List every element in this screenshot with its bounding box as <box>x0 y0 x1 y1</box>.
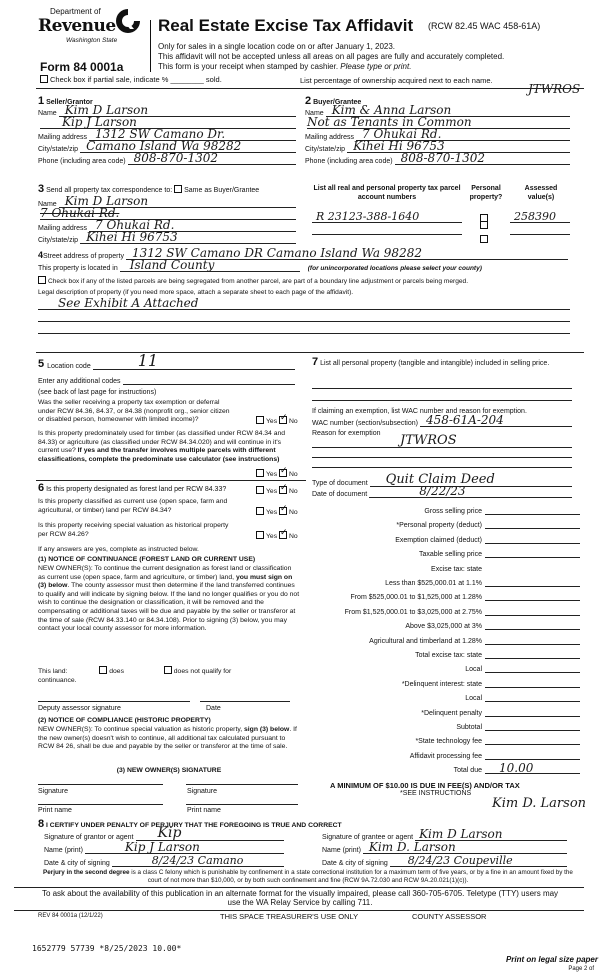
notice-continuance-title: (1) NOTICE OF CONTINUANCE (FOREST LAND O… <box>38 556 255 565</box>
revenue-wordmark: Revenue <box>38 16 116 36</box>
tax-row-value-field[interactable] <box>485 678 580 688</box>
tax-row-value: 10.00 <box>499 761 533 775</box>
q-forest: 6 Is this property designated as forest … <box>38 482 226 494</box>
additional-codes-label: Enter any additional codes <box>38 378 121 385</box>
tax-row-label: *Delinquent interest: state <box>310 681 485 688</box>
reason-value: JTWROS <box>400 433 457 448</box>
located-field[interactable]: Island County <box>120 262 300 272</box>
reason-line-3[interactable] <box>312 458 572 468</box>
doc-date-value: 8/22/23 <box>419 484 465 498</box>
owner-sig-line-2[interactable] <box>186 777 298 785</box>
tax-row: *State technology fee <box>310 733 580 745</box>
doc-date-field[interactable]: 8/22/23 <box>369 488 572 498</box>
tax-row-value-field[interactable] <box>485 606 580 616</box>
notice-3: This form is your receipt when stamped b… <box>158 62 411 71</box>
personal-line-2[interactable] <box>312 393 572 401</box>
grantor-date-label: Date & city of signing <box>44 860 110 867</box>
grantor-name-value: Kip J Larson <box>125 840 200 854</box>
seller-phone-row: Phone (including area code) 808-870-1302 <box>38 155 296 165</box>
assessed-value-field[interactable]: 258390 <box>510 212 570 223</box>
q-historic-answer: Yes No <box>256 531 298 540</box>
partial-sale-label: Check box if partial sale, indicate % __… <box>50 75 222 84</box>
page-number: Page 2 of <box>568 966 594 972</box>
tax-row-value-field[interactable] <box>485 534 580 544</box>
q-current-use-answer: Yes No <box>256 507 298 516</box>
correspondence-city-label: City/state/zip <box>38 237 78 244</box>
tax-row-value-field[interactable] <box>485 663 580 673</box>
q-historic-no-checkbox[interactable] <box>279 531 287 539</box>
new-owner-sig-title: (3) NEW OWNER(S) SIGNATURE <box>38 767 300 776</box>
tax-row: From $1,525,000.01 to $3,025,000 at 2.75… <box>310 604 580 616</box>
yes-label: Yes <box>266 418 277 425</box>
grantee-name-value: Kim D. Larson <box>369 840 456 854</box>
partial-sale-row: Check box if partial sale, indicate % __… <box>40 75 222 84</box>
notice-2: This affidavit will not be accepted unle… <box>158 52 504 61</box>
does-label: does <box>109 668 124 675</box>
grantor-date-field[interactable]: 8/24/23 Camano <box>112 857 284 867</box>
additional-codes-hint: (see back of last page for instructions) <box>38 389 156 396</box>
legal-line-2[interactable] <box>38 310 570 322</box>
segregated-label: Check box if any of the listed parcels a… <box>48 278 468 285</box>
located-row: This property is located in Island Count… <box>38 262 568 272</box>
deputy-date-label: Date <box>206 705 221 712</box>
tax-row-value-field[interactable] <box>485 692 580 702</box>
q-current-use-no-checkbox[interactable] <box>279 507 287 515</box>
tax-row-label: *State technology fee <box>310 738 485 745</box>
wac-row: WAC number (section/subsection) 458-61A-… <box>312 417 572 427</box>
same-as-buyer-label: Same as Buyer/Grantee <box>184 187 259 194</box>
parcel-number-field[interactable]: R 23123-388-1640 <box>312 212 462 223</box>
q-current-use-yes-checkbox[interactable] <box>256 507 264 515</box>
grantee-sig-value: Kim D Larson <box>419 827 502 841</box>
no-label: No <box>289 488 298 495</box>
grantee-date-value: 8/24/23 Coupeville <box>408 854 513 867</box>
tax-row: Above $3,025,000 at 3% <box>310 618 580 630</box>
tax-row-value-field[interactable] <box>485 591 580 601</box>
n2-text-b: sign (3) below <box>244 726 289 733</box>
additional-codes-row: Enter any additional codes <box>38 375 295 385</box>
certify-text: I CERTIFY UNDER PENALTY OF PERJURY THAT … <box>46 822 342 829</box>
seller-mailing-label: Mailing address <box>38 134 87 141</box>
street-label: Street address of property <box>43 253 124 260</box>
continuance-label: continuance. <box>38 677 77 684</box>
no-label: No <box>289 418 298 425</box>
tax-row-label: Excise tax: state <box>310 566 485 573</box>
header-rule <box>36 88 584 89</box>
tax-row-value-field[interactable] <box>485 707 580 717</box>
see-instructions-note: *SEE INSTRUCTIONS <box>400 790 471 797</box>
doc-type-field[interactable]: Quit Claim Deed <box>370 477 572 487</box>
cashier-stamp: 1652779 57739 *8/25/2023 10.00* <box>32 944 181 953</box>
notice-1: Only for sales in a single location code… <box>158 42 395 51</box>
seller-name-label: Name <box>38 110 57 117</box>
revenue-logo-icon <box>115 8 141 34</box>
notice-3-text: This form is your receipt when stamped b… <box>158 62 340 71</box>
owner-sig-label-1: Signature <box>38 788 68 795</box>
segregated-row: Check box if any of the listed parcels a… <box>38 276 468 285</box>
tax-row-value-field[interactable] <box>485 750 580 760</box>
tax-row: Total excise tax: state <box>310 647 580 659</box>
tax-row: Total due10.00 <box>310 762 580 774</box>
assessed-col-header: Assessed value(s) <box>516 184 566 202</box>
tax-row: Excise tax: state <box>310 561 580 573</box>
legal-line-3[interactable] <box>38 322 570 334</box>
tax-row-label: Exemption claimed (deduct) <box>310 537 485 544</box>
owner-print-label-1: Print name <box>38 807 72 814</box>
form-rcw: (RCW 82.45 WAC 458-61A) <box>428 21 540 31</box>
form-title: Real Estate Excise Tax Affidavit <box>158 16 413 36</box>
tax-row: Gross selling price <box>310 503 580 515</box>
seller-city-label: City/state/zip <box>38 146 78 153</box>
yes-label: Yes <box>266 533 277 540</box>
minimum-due-note: A MINIMUM OF $10.00 IS DUE IN FEE(S) AND… <box>330 781 520 790</box>
located-value: Island County <box>130 258 215 272</box>
location-code-field[interactable]: 11 <box>93 360 295 370</box>
seller-phone-field[interactable]: 808-870-1302 <box>128 155 296 165</box>
grantor-sig-value: Kip <box>158 825 182 841</box>
dept-of-label: Department of <box>50 7 101 16</box>
tax-row: Exemption claimed (deduct) <box>310 532 580 544</box>
tax-row: Affidavit processing fee <box>310 748 580 760</box>
grantor-name-row: Name (print) Kip J Larson <box>44 844 284 854</box>
tax-row: Subtotal <box>310 719 580 731</box>
notice-compliance-text: NEW OWNER(S): To continue special valuat… <box>38 726 303 752</box>
tax-row-label: Local <box>310 666 485 673</box>
tax-row-label: *Delinquent penalty <box>310 710 485 717</box>
grantor-date-row: Date & city of signing 8/24/23 Camano <box>44 857 284 867</box>
tax-row: Less than $525,000.01 at 1.1% <box>310 575 580 587</box>
margin-note: JTWROS <box>528 82 580 96</box>
assessor-label: COUNTY ASSESSOR <box>412 912 486 921</box>
additional-codes-field[interactable] <box>123 375 296 385</box>
section5-num: 5 <box>38 358 44 370</box>
q-exemption: Was the seller receiving a property tax … <box>38 399 236 425</box>
q-timber-yes-checkbox[interactable] <box>256 469 264 477</box>
correspondence-mailing-label: Mailing address <box>38 225 87 232</box>
section-rule <box>36 352 584 353</box>
deputy-date-line[interactable] <box>200 692 290 702</box>
yes-label: Yes <box>266 509 277 516</box>
section7-personal: 7 List all personal property (tangible a… <box>312 358 574 368</box>
wac-field[interactable]: 458-61A-204 <box>420 417 572 427</box>
parcel-number-field[interactable] <box>312 224 462 235</box>
q-timber-no-checkbox[interactable] <box>279 469 287 477</box>
assessed-value: 258390 <box>514 210 556 223</box>
deputy-sig-label: Deputy assessor signature <box>38 705 121 712</box>
correspondence-num: 3 <box>38 183 44 195</box>
n2-text-a: NEW OWNER(S): To continue special valuat… <box>38 726 244 733</box>
tax-row: Taxable selling price <box>310 546 580 558</box>
buyer-phone-label: Phone (including area code) <box>305 158 393 165</box>
tax-row-label: Gross selling price <box>310 508 485 515</box>
q-timber-answer: Yes No <box>256 469 298 478</box>
q-exemption-no-checkbox[interactable] <box>279 416 287 424</box>
personal-property-checkbox[interactable] <box>480 235 488 243</box>
street-row: 4 Street address of property 1312 SW Cam… <box>38 250 568 260</box>
buyer-mailing-label: Mailing address <box>305 134 354 141</box>
notice-continuance-text: NEW OWNER(S): To continue the current de… <box>38 565 300 634</box>
tax-row-label: Total excise tax: state <box>310 652 485 659</box>
tax-row-label: Total due <box>310 767 485 774</box>
located-hint: (for unincorporated locations please sel… <box>308 265 482 272</box>
buyer-phone-field[interactable]: 808-870-1302 <box>395 155 570 165</box>
dor-logo: Department of Revenue Washington State <box>38 6 148 58</box>
tax-row-value-field[interactable] <box>485 519 580 529</box>
tax-row-value-field[interactable] <box>485 505 580 515</box>
grantee-name-label: Name (print) <box>322 847 361 854</box>
location-code-row: 5 Location code 11 <box>38 358 295 370</box>
buyer-num: 2 <box>305 95 311 107</box>
personal-property-checkbox[interactable] <box>480 221 488 229</box>
wac-label: WAC number (section/subsection) <box>312 420 418 427</box>
buyer-phone-row: Phone (including area code) 808-870-1302 <box>305 155 570 165</box>
partial-sale-checkbox[interactable] <box>40 75 48 83</box>
tax-row-label: Taxable selling price <box>310 551 485 558</box>
section8-num: 8 <box>38 818 44 830</box>
tax-row-label: Agricultural and timberland at 1.28% <box>310 638 485 645</box>
tax-row-value-field[interactable] <box>485 649 580 659</box>
personal-property-label: List all personal property (tangible and… <box>320 360 549 367</box>
q-historic-yes-checkbox[interactable] <box>256 531 264 539</box>
legal-line-1[interactable]: See Exhibit A Attached <box>38 298 570 310</box>
grantee-date-field[interactable]: 8/24/23 Coupeville <box>390 857 567 867</box>
personal-line-1[interactable] <box>312 381 572 389</box>
tax-row: *Personal property (deduct) <box>310 517 580 529</box>
tax-row-label: Affidavit processing fee <box>310 753 485 760</box>
does-not-label: does not qualify for <box>174 668 231 675</box>
q-exemption-yes-checkbox[interactable] <box>256 416 264 424</box>
yes-label: Yes <box>266 488 277 495</box>
no-label: No <box>289 471 298 478</box>
tax-row-label: From $1,525,000.01 to $3,025,000 at 2.75… <box>310 609 485 616</box>
seller-phone: 808-870-1302 <box>134 151 218 165</box>
doc-date-label: Date of document <box>312 491 367 498</box>
tax-row: From $525,000.01 to $1,525,000 at 1.28% <box>310 589 580 601</box>
n1-text-c: . The county assessor must then determin… <box>38 582 299 632</box>
owner-print-label-2: Print name <box>187 807 221 814</box>
owner-print-line-2[interactable] <box>186 797 298 805</box>
wac-value: 458-61A-204 <box>426 413 504 427</box>
ownership-note: List percentage of ownership acquired ne… <box>300 76 493 85</box>
tax-row: Agricultural and timberland at 1.28% <box>310 633 580 645</box>
q-forest-yes-checkbox[interactable] <box>256 486 264 494</box>
if-yes-note: If any answers are yes, complete as inst… <box>38 546 199 555</box>
owner-print-line-1[interactable] <box>38 797 163 805</box>
form-number: Form 84 0001a <box>40 60 123 74</box>
q-exemption-answer: Yes No <box>256 416 298 425</box>
segregated-checkbox[interactable] <box>38 276 46 284</box>
deputy-sig-line[interactable] <box>38 692 190 702</box>
this-land-label: This land: <box>38 668 67 675</box>
same-as-buyer-checkbox[interactable] <box>174 185 182 193</box>
notice-compliance-title: (2) NOTICE OF COMPLIANCE (HISTORIC PROPE… <box>38 717 211 726</box>
location-code-label: Location code <box>47 363 91 370</box>
treasurer-label: THIS SPACE TREASURER'S USE ONLY <box>220 912 358 921</box>
reason-line-1[interactable]: JTWROS <box>312 436 572 448</box>
tax-row: *Delinquent interest: state <box>310 676 580 688</box>
assessed-value-field[interactable] <box>510 224 570 235</box>
certify-heading: 8 I CERTIFY UNDER PENALTY OF PERJURY THA… <box>38 818 342 830</box>
this-land-row: This land: does does not qualify for con… <box>38 666 300 685</box>
seller-num: 1 <box>38 95 44 107</box>
notice-3-italic: Please type or print. <box>340 62 411 71</box>
does-checkbox[interactable] <box>99 666 107 674</box>
tax-row-label: Above $3,025,000 at 3% <box>310 623 485 630</box>
tax-row-value-field[interactable] <box>485 735 580 745</box>
tax-row-value-field[interactable] <box>485 620 580 630</box>
tax-row-value-field[interactable] <box>485 721 580 731</box>
location-code-value: 11 <box>138 351 158 370</box>
doc-date-row: Date of document 8/22/23 <box>312 488 572 498</box>
grantee-signature-top: Kim D. Larson <box>492 796 586 811</box>
located-label: This property is located in <box>38 265 118 272</box>
footer-rule-bottom <box>14 910 584 911</box>
grantor-date-value: 8/24/23 Camano <box>152 854 244 867</box>
q-exemption-text: Was the seller receiving a property tax … <box>38 399 230 423</box>
does-not-checkbox[interactable] <box>164 666 172 674</box>
buyer-city-label: City/state/zip <box>305 146 345 153</box>
tax-row-value-field[interactable]: 10.00 <box>485 764 580 774</box>
tax-row-value-field[interactable] <box>485 548 580 558</box>
section7-num: 7 <box>312 356 318 368</box>
tax-row: Local <box>310 690 580 702</box>
tax-row-label: *Personal property (deduct) <box>310 522 485 529</box>
perjury-bold: Perjury in the second degree <box>43 869 129 876</box>
rev-label: REV 84 0001a (12/1/22) <box>38 913 103 919</box>
legal-label: Legal description of property (if you ne… <box>38 289 353 296</box>
grantee-name-field[interactable]: Kim D. Larson <box>363 844 567 854</box>
tax-row: Local <box>310 661 580 673</box>
correspondence-city: Kihei Hi 96753 <box>86 230 178 244</box>
correspondence-city-row: City/state/zip Kihei Hi 96753 <box>38 234 296 244</box>
grantor-name-label: Name (print) <box>44 847 83 854</box>
correspondence-city-field[interactable]: Kihei Hi 96753 <box>80 234 296 244</box>
q-historic: Is this property receiving special valua… <box>38 522 238 539</box>
personal-col-header: Personal property? <box>466 184 506 202</box>
tax-row-value-field[interactable] <box>485 577 580 587</box>
grantee-date-label: Date & city of signing <box>322 860 388 867</box>
seller-phone-label: Phone (including area code) <box>38 158 126 165</box>
tax-row-label: From $525,000.01 to $1,525,000 at 1.28% <box>310 594 485 601</box>
q-forest-no-checkbox[interactable] <box>279 486 287 494</box>
header-divider <box>150 20 151 72</box>
grantee-date-row: Date & city of signing 8/24/23 Coupevill… <box>322 857 567 867</box>
no-label: No <box>289 533 298 540</box>
section5-rule <box>36 480 306 481</box>
tax-row-label: Less than $525,000.01 at 1.1% <box>310 580 485 587</box>
legal-value: See Exhibit A Attached <box>58 296 198 310</box>
parcel-number: R 23123-388-1640 <box>316 210 419 223</box>
state-label: Washington State <box>66 37 117 44</box>
buyer-phone: 808-870-1302 <box>401 151 485 165</box>
print-on-legal: Print on legal size paper <box>506 955 598 964</box>
yes-label: Yes <box>266 471 277 478</box>
owner-sig-label-2: Signature <box>187 788 217 795</box>
accessibility-note: To ask about the availability of this pu… <box>40 889 560 907</box>
perjury-text: is a class C felony which is punishable … <box>129 869 572 884</box>
perjury-warning: Perjury in the second degree is a class … <box>38 869 578 884</box>
owner-sig-line-1[interactable] <box>38 777 163 785</box>
grantor-sig-label: Signature of grantor or agent <box>44 834 134 841</box>
tax-row-label: Subtotal <box>310 724 485 731</box>
section6-num: 6 <box>38 482 44 494</box>
correspondence-label: Send all property tax correspondence to: <box>46 187 172 194</box>
parcel-col-header: List all real and personal property tax … <box>312 184 462 202</box>
q-timber: Is this property predominately used for … <box>38 430 296 464</box>
grantor-name-field[interactable]: Kip J Larson <box>85 844 284 854</box>
doc-type-label: Type of document <box>312 480 368 487</box>
q-forest-answer: Yes No <box>256 486 298 495</box>
tax-row-value-field[interactable] <box>485 635 580 645</box>
reason-line-2[interactable] <box>312 448 572 458</box>
tax-row: *Delinquent penalty <box>310 705 580 717</box>
q-forest-text: Is this property designated as forest la… <box>46 486 226 493</box>
tax-row-label: Local <box>310 695 485 702</box>
q-current-use: Is this property classified as current u… <box>38 498 248 515</box>
no-label: No <box>289 509 298 516</box>
grantee-name-row: Name (print) Kim D. Larson <box>322 844 567 854</box>
footer-rule-top <box>14 887 584 888</box>
